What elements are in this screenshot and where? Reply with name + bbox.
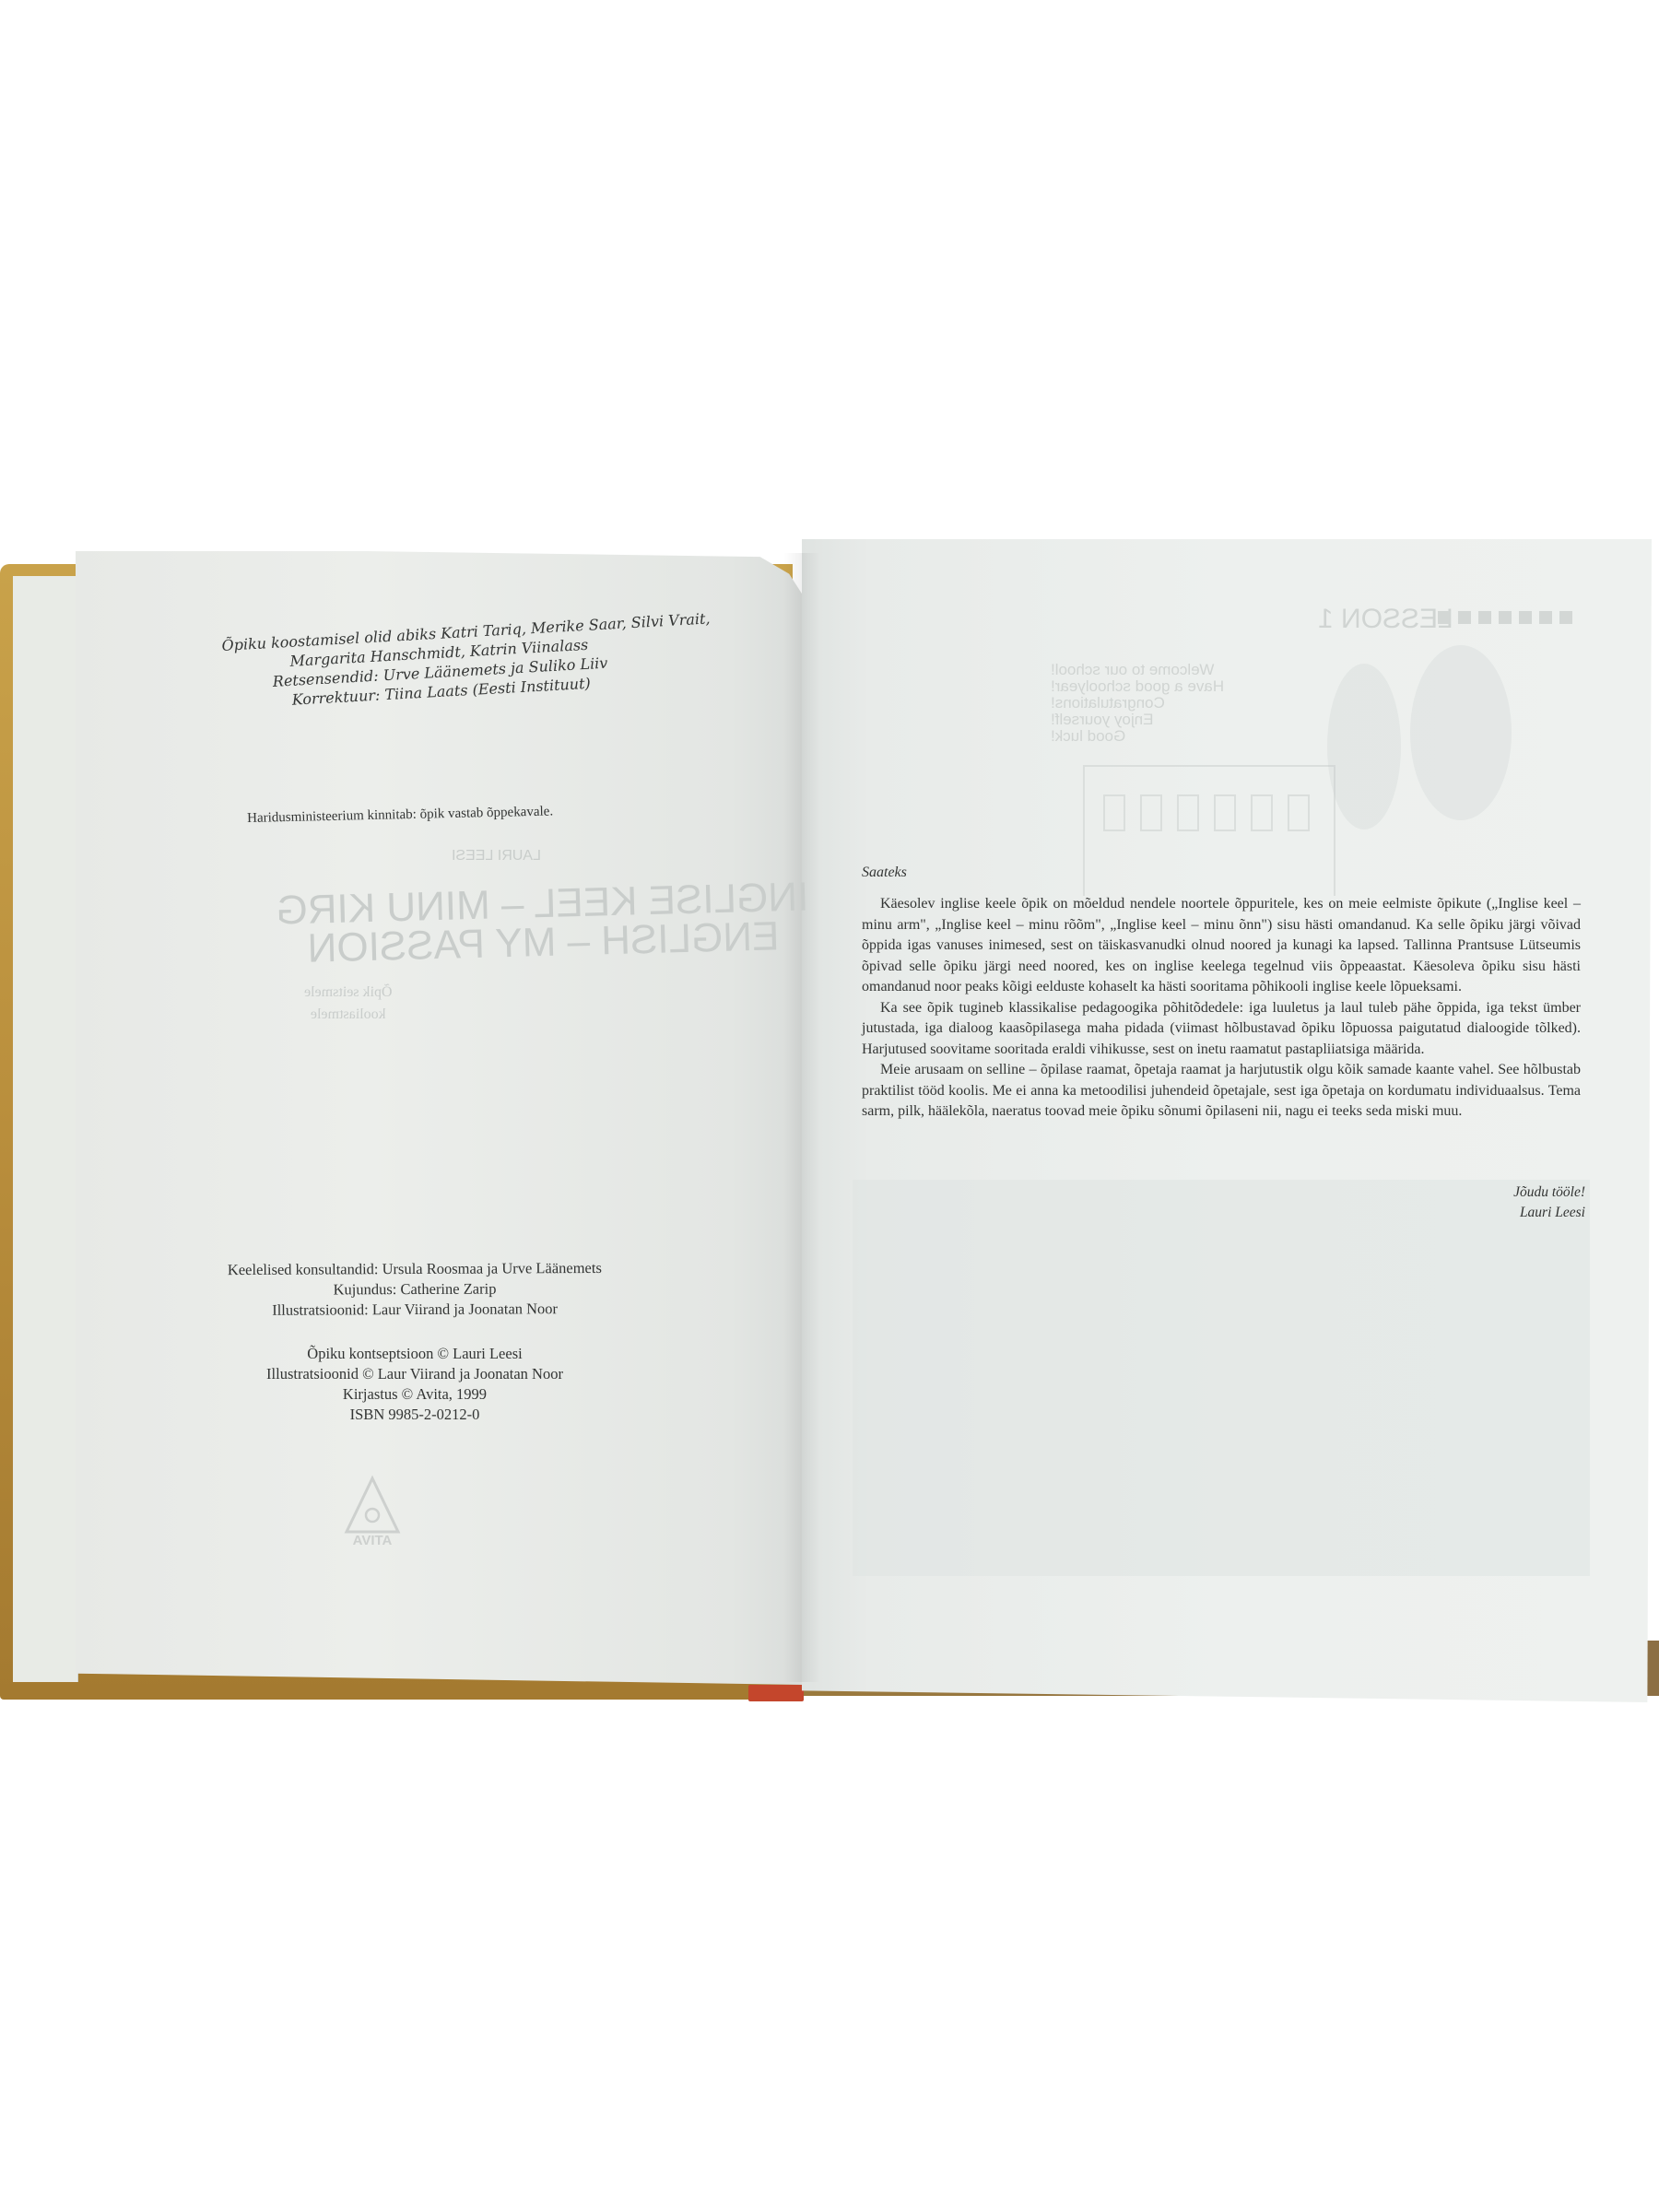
show-through-lesson-label: LESSON 1: [1318, 604, 1453, 635]
preface-signoff: Jõudu tööle! Lauri Leesi: [1475, 1182, 1585, 1223]
staff-line: Kujundus: Catherine Zarip: [198, 1278, 631, 1300]
staff-credits: Keelelised konsultandid: Ursula Roosmaa …: [198, 1258, 631, 1321]
publisher-logo-text: AVITA: [353, 1533, 393, 1548]
flyleaf-edge: [13, 576, 78, 1682]
show-through-title: INGLISE KEEL – MINU KIRG ENGLISH – MY PA…: [276, 877, 810, 969]
gutter: [783, 553, 820, 1682]
show-through-author: LAURI LEESI: [452, 848, 541, 865]
show-through-building-illustration: [1083, 765, 1335, 896]
signoff-line: Jõudu tööle!: [1475, 1182, 1585, 1203]
copyright-line: Illustratsioonid © Laur Viirand ja Joona…: [221, 1364, 608, 1384]
show-through-block: [853, 1180, 1590, 1576]
isbn: ISBN 9985-2-0212-0: [221, 1405, 608, 1425]
copyright-line: Õpiku kontseptsioon © Lauri Leesi: [221, 1344, 608, 1364]
open-book: LAURI LEESI INGLISE KEEL – MINU KIRG ENG…: [0, 0, 1659, 2212]
show-through-phrase: Have a good schoolyear!: [1051, 678, 1224, 695]
left-page: [76, 551, 804, 1685]
preface-paragraph: Käesolev inglise keele õpik on mõeldud n…: [862, 894, 1581, 998]
show-through-subtitle: Õpik seitsmele kooliastmele: [304, 982, 393, 1026]
show-through-phrase: Enjoy yourself!: [1051, 712, 1224, 728]
staff-line: Illustratsioonid: Laur Viirand ja Joonat…: [198, 1299, 631, 1321]
preface-body: Käesolev inglise keele õpik on mõeldud n…: [862, 894, 1581, 1123]
staff-line: Keelelised konsultandid: Ursula Roosmaa …: [198, 1258, 631, 1280]
copyright-line: Kirjastus © Avita, 1999: [221, 1384, 608, 1405]
copyright-block: Õpiku kontseptsioon © Lauri Leesi Illust…: [221, 1344, 608, 1425]
spine-accent: [748, 1685, 804, 1701]
show-through-squares: [1438, 611, 1572, 624]
show-through-phrases: Welcome to our school! Have a good schoo…: [1051, 662, 1224, 745]
signoff-author: Lauri Leesi: [1475, 1203, 1585, 1223]
show-through-subtitle-line: Õpik seitsmele: [304, 982, 393, 1004]
show-through-phrase: Good luck!: [1051, 728, 1224, 745]
preface-heading: Saateks: [862, 865, 907, 881]
show-through-subtitle-line: kooliastmele: [304, 1004, 393, 1026]
publisher-logo-icon: AVITA: [343, 1475, 402, 1548]
preface-paragraph: Meie arusaam on selline – õpilase raamat…: [862, 1060, 1581, 1123]
show-through-figure: [1327, 664, 1401, 829]
show-through-phrase: Welcome to our school!: [1051, 662, 1224, 678]
preface-paragraph: Ka see õpik tugineb klassikalise pedagoo…: [862, 998, 1581, 1061]
show-through-phrase: Congratulations!: [1051, 695, 1224, 712]
show-through-figure: [1410, 645, 1512, 820]
